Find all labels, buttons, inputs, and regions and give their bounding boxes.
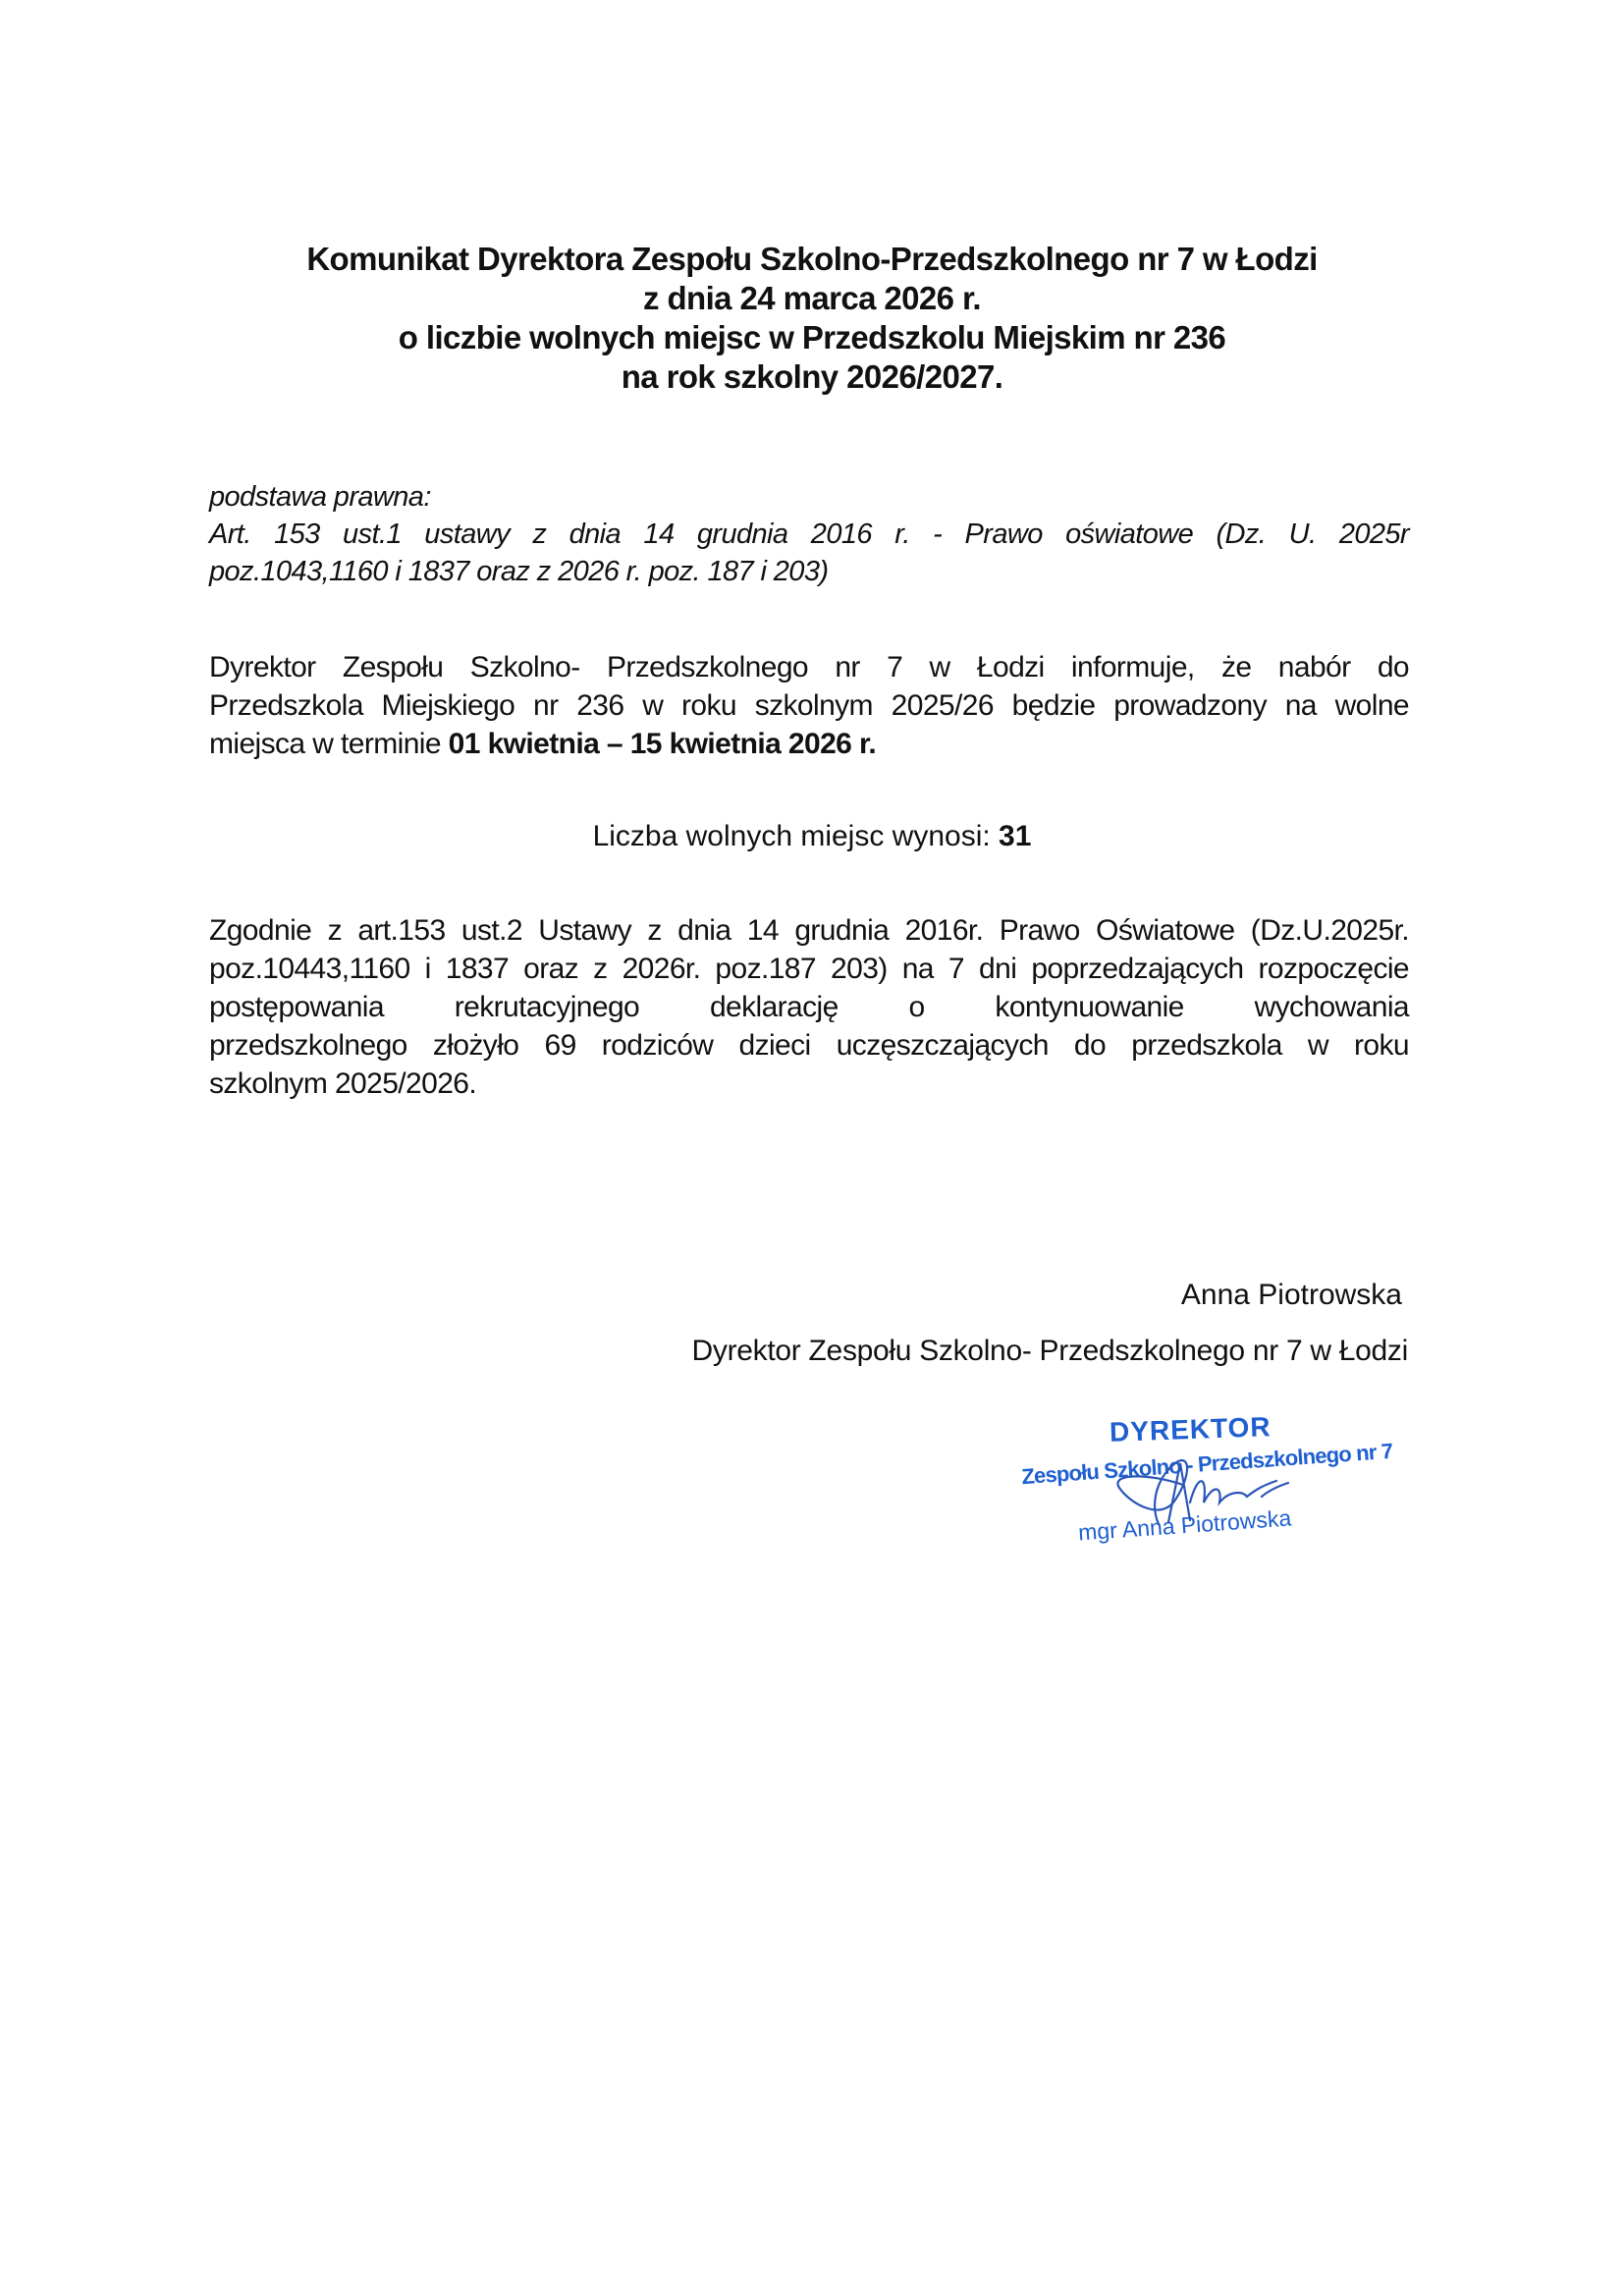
document-title: Komunikat Dyrektora Zespołu Szkolno-Prze… [0, 240, 1624, 397]
vacancies-line: Liczba wolnych miejsc wynosi: 31 [0, 817, 1624, 856]
paragraph2-line-2: poz.10443,1160 i 1837 oraz z 2026r. poz.… [209, 950, 1409, 988]
legal-basis-label: podstawa prawna: [209, 478, 1409, 516]
paragraph2-line-5: szkolnym 2025/2026. [209, 1065, 1409, 1103]
title-line-2: z dnia 24 marca 2026 r. [0, 279, 1624, 318]
signatory-role: Dyrektor Zespołu Szkolno- Przedszkolnego… [692, 1333, 1408, 1370]
paragraph1-line-3: miejsca w terminie 01 kwietnia – 15 kwie… [209, 725, 1409, 763]
declarations-paragraph: Zgodnie z art.153 ust.2 Ustawy z dnia 14… [209, 911, 1409, 1103]
legal-basis-line-2: poz.1043,1160 i 1837 oraz z 2026 r. poz.… [209, 553, 1409, 590]
legal-basis-line-1: Art. 153 ust.1 ustawy z dnia 14 grudnia … [209, 516, 1409, 553]
recruitment-term: 01 kwietnia – 15 kwietnia 2026 r. [449, 728, 876, 760]
signatory-name: Anna Piotrowska [1181, 1277, 1402, 1314]
title-line-1: Komunikat Dyrektora Zespołu Szkolno-Prze… [0, 240, 1624, 279]
document-page: Komunikat Dyrektora Zespołu Szkolno-Prze… [0, 0, 1624, 2295]
paragraph2-line-4: przedszkolnego złożyło 69 rodziców dziec… [209, 1026, 1409, 1065]
handwritten-signature-icon [1011, 1414, 1365, 1571]
title-line-3: o liczbie wolnych miejsc w Przedszkolu M… [0, 318, 1624, 357]
director-stamp: DYREKTOR Zespołu Szkolno - Przedszkolneg… [1011, 1414, 1365, 1571]
paragraph1-line-1: Dyrektor Zespołu Szkolno- Przedszkolnego… [209, 648, 1409, 686]
recruitment-paragraph: Dyrektor Zespołu Szkolno- Przedszkolnego… [209, 648, 1409, 763]
legal-basis: podstawa prawna: Art. 153 ust.1 ustawy z… [209, 478, 1409, 590]
term-prefix: miejsca w terminie [209, 728, 449, 760]
paragraph1-line-2: Przedszkola Miejskiego nr 236 w roku szk… [209, 686, 1409, 725]
vacancies-label: Liczba wolnych miejsc wynosi: [593, 820, 999, 852]
paragraph2-line-3: postępowania rekrutacyjnego deklarację o… [209, 988, 1409, 1026]
vacancies-value: 31 [999, 820, 1031, 852]
paragraph2-line-1: Zgodnie z art.153 ust.2 Ustawy z dnia 14… [209, 911, 1409, 950]
title-line-4: na rok szkolny 2026/2027. [0, 357, 1624, 397]
